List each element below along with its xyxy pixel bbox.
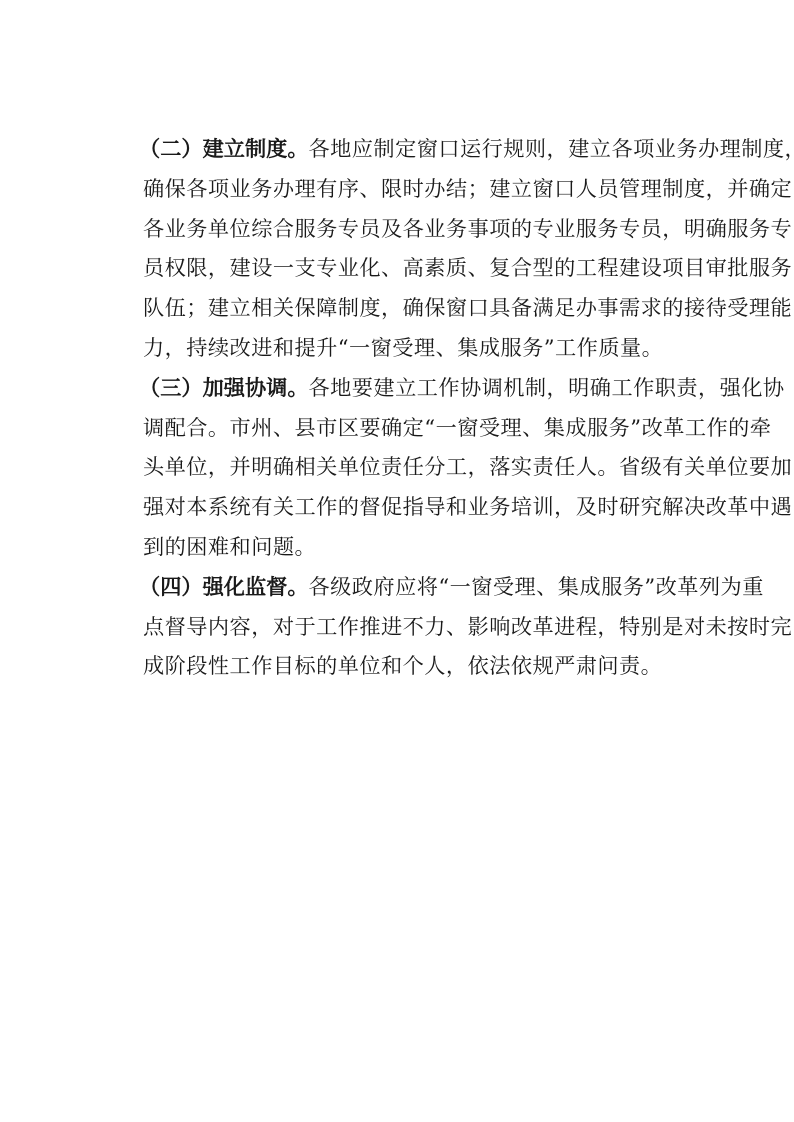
- paragraph-line: 调配合。市州、县市区要确定“一窗受理、集成服务”改革工作的牵: [143, 408, 691, 448]
- paragraph-line: （四）强化监督。各级政府应将“一窗受理、集成服务”改革列为重: [143, 567, 691, 607]
- paragraph-line: 力，持续改进和提升“一窗受理、集成服务”工作质量。: [143, 328, 691, 368]
- document-body: （二）建立制度。各地应制定窗口运行规则，建立各项业务办理制度， 确保各项业务办理…: [143, 129, 691, 686]
- paragraph-line: 队伍；建立相关保障制度，确保窗口具备满足办事需求的接待受理能: [143, 288, 691, 328]
- paragraph-line: （二）建立制度。各地应制定窗口运行规则，建立各项业务办理制度，: [143, 129, 691, 169]
- section-establish-system: （二）建立制度。各地应制定窗口运行规则，建立各项业务办理制度， 确保各项业务办理…: [143, 129, 691, 368]
- paragraph-line: 各业务单位综合服务专员及各业务事项的专业服务专员，明确服务专: [143, 209, 691, 249]
- document-page: （二）建立制度。各地应制定窗口运行规则，建立各项业务办理制度， 确保各项业务办理…: [0, 0, 794, 1122]
- paragraph-line: 到的困难和问题。: [143, 527, 691, 567]
- paragraph-line: 成阶段性工作目标的单位和个人，依法依规严肃问责。: [143, 646, 691, 686]
- paragraph-text: 各地要建立工作协调机制，明确工作职责，强化协: [309, 375, 785, 400]
- paragraph-text: 各级政府应将“一窗受理、集成服务”改革列为重: [309, 574, 764, 599]
- paragraph-text: 各地应制定窗口运行规则，建立各项业务办理制度，: [309, 136, 794, 161]
- section-heading: （二）建立制度。: [139, 136, 309, 161]
- paragraph-line: 确保各项业务办理有序、限时办结；建立窗口人员管理制度，并确定: [143, 169, 691, 209]
- paragraph-line: 点督导内容，对于工作推进不力、影响改革进程，特别是对未按时完: [143, 607, 691, 647]
- section-heading: （四）强化监督。: [139, 574, 309, 599]
- paragraph-line: 强对本系统有关工作的督促指导和业务培训，及时研究解决改革中遇: [143, 487, 691, 527]
- paragraph-line: 头单位，并明确相关单位责任分工，落实责任人。省级有关单位要加: [143, 447, 691, 487]
- paragraph-line: （三）加强协调。各地要建立工作协调机制，明确工作职责，强化协: [143, 368, 691, 408]
- section-heading: （三）加强协调。: [139, 375, 309, 400]
- section-strengthen-supervision: （四）强化监督。各级政府应将“一窗受理、集成服务”改革列为重 点督导内容，对于工…: [143, 567, 691, 686]
- section-strengthen-coordination: （三）加强协调。各地要建立工作协调机制，明确工作职责，强化协 调配合。市州、县市…: [143, 368, 691, 567]
- paragraph-line: 员权限，建设一支专业化、高素质、复合型的工程建设项目审批服务: [143, 248, 691, 288]
